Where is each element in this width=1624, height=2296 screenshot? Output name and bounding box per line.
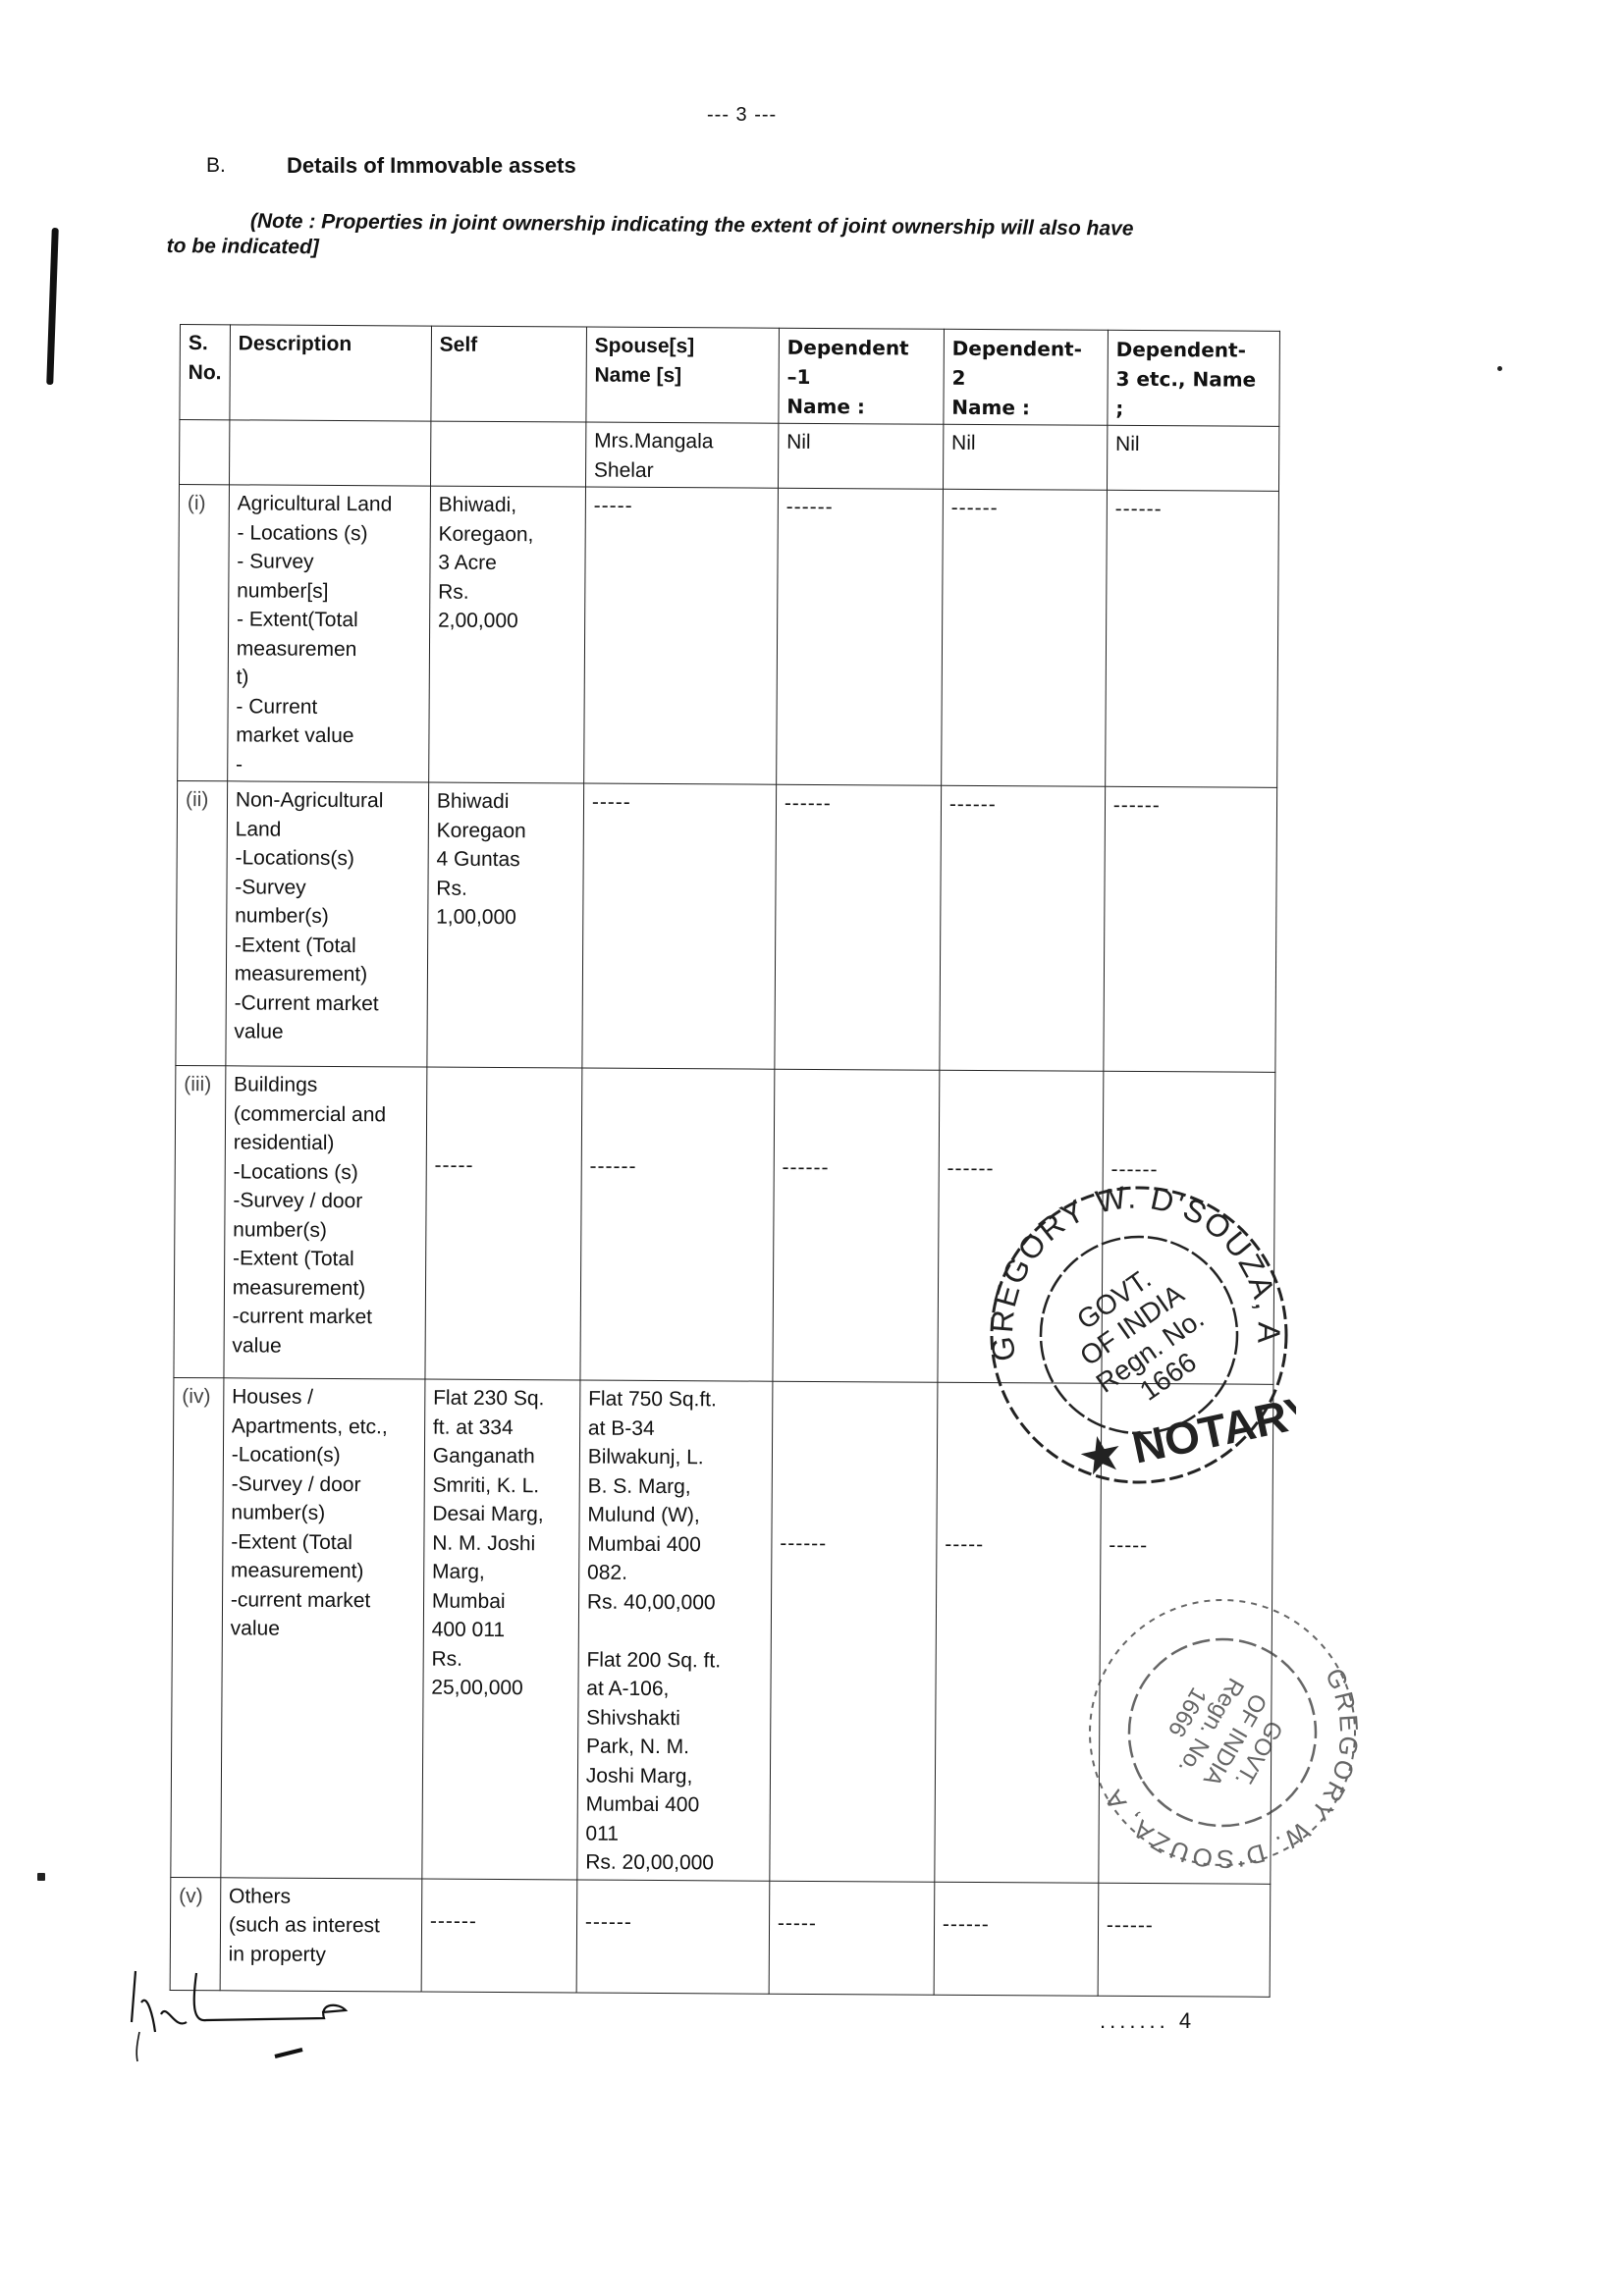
row-spouse: ----- [583, 487, 778, 784]
row-dependent-2: ------ [941, 489, 1107, 786]
row-sno: (iv) [171, 1377, 224, 1877]
row-description: Houses / Apartments, etc., -Location(s) … [221, 1378, 425, 1879]
note-line-1: (Note : Properties in joint ownership in… [167, 208, 1335, 243]
table-row: (ii) Non-Agricultural Land -Locations(s)… [176, 780, 1277, 1072]
row-sno: (i) [178, 485, 230, 781]
section-letter: B. [206, 154, 226, 178]
scan-mark [46, 228, 59, 385]
row-spouse: Flat 750 Sq.ft. at B-34 Bilwakunj, L. B.… [577, 1380, 773, 1881]
header-spouse: Spouse[s] Name [s] [586, 327, 780, 423]
notary-stamp-faint-icon: GREGORY W. D'SOUZA, Advocate ★ NOTARY GO… [1075, 1585, 1370, 1880]
names-description [229, 420, 430, 486]
note-line-2: to be indicated] [167, 235, 319, 258]
row-dependent-1: ------ [775, 784, 942, 1070]
header-dependent-3: Dependent- 3 etc., Name ; [1108, 330, 1280, 426]
row-description: Buildings (commercial and residential) -… [224, 1066, 427, 1379]
signature-icon [128, 1963, 403, 2071]
header-self: Self [431, 326, 587, 422]
section-title: Details of Immovable assets [287, 153, 576, 179]
row-dependent-3: ------ [1105, 490, 1278, 787]
spouse-name: Mrs.Mangala Shelar [585, 422, 778, 488]
table-row: (i) Agricultural Land - Locations (s) - … [178, 485, 1279, 788]
row-dependent-2: ------ [934, 1882, 1099, 1996]
section-note: (Note : Properties in joint ownership in… [167, 208, 1335, 269]
row-spouse: ------ [580, 1068, 775, 1381]
row-dependent-3: ------ [1098, 1883, 1271, 1997]
row-self: Bhiwadi Koregaon 4 Guntas Rs. 1,00,000 [427, 782, 584, 1068]
row-self: ------ [421, 1879, 577, 1993]
row-dependent-3: ------ [1104, 786, 1277, 1072]
header-dependent-2: Dependent- 2 Name : [944, 329, 1109, 425]
scan-dot [1497, 366, 1502, 371]
row-dependent-1: ------ [770, 1381, 938, 1882]
table-header-row: S. No. Description Self Spouse[s] Name [… [180, 325, 1279, 427]
page-number: --- 3 --- [707, 104, 777, 127]
row-self: Flat 230 Sq. ft. at 334 Ganganath Smriti… [422, 1379, 580, 1879]
row-spouse: ------ [576, 1880, 770, 1994]
row-dependent-1: ------ [773, 1069, 940, 1382]
header-sno: S. No. [180, 325, 230, 420]
notary-stamp-icon: GREGORY W. D'SOUZA, Advocate ★ ★ NOTARY … [972, 1163, 1296, 1497]
dependent-1-name: Nil [778, 423, 943, 489]
row-sno: (iii) [174, 1065, 226, 1377]
row-dependent-2: ------ [940, 785, 1106, 1071]
continuation-marker: ....... 4 [1100, 2008, 1195, 2034]
row-description: Non-Agricultural Land -Locations(s) -Sur… [226, 781, 429, 1067]
stamp-bottom-text: ★ NOTARY [1076, 1385, 1296, 1484]
row-spouse: ----- [582, 783, 777, 1069]
row-self: ----- [425, 1067, 582, 1380]
header-dependent-1: Dependent –1 Name : [779, 328, 945, 424]
dependent-2-name: Nil [943, 424, 1107, 490]
names-self [430, 421, 585, 487]
names-row: Mrs.Mangala Shelar Nil Nil Nil [180, 420, 1279, 492]
row-dependent-1: ------ [776, 488, 943, 785]
scan-dot [37, 1873, 45, 1881]
dependent-3-name: Nil [1107, 425, 1278, 491]
header-description: Description [230, 325, 432, 421]
row-self: Bhiwadi, Koregaon, 3 Acre Rs. 2,00,000 [428, 486, 585, 783]
row-sno: (ii) [176, 780, 228, 1065]
row-description: Agricultural Land - Locations (s) - Surv… [227, 485, 430, 782]
row-dependent-1: ----- [769, 1881, 935, 1995]
